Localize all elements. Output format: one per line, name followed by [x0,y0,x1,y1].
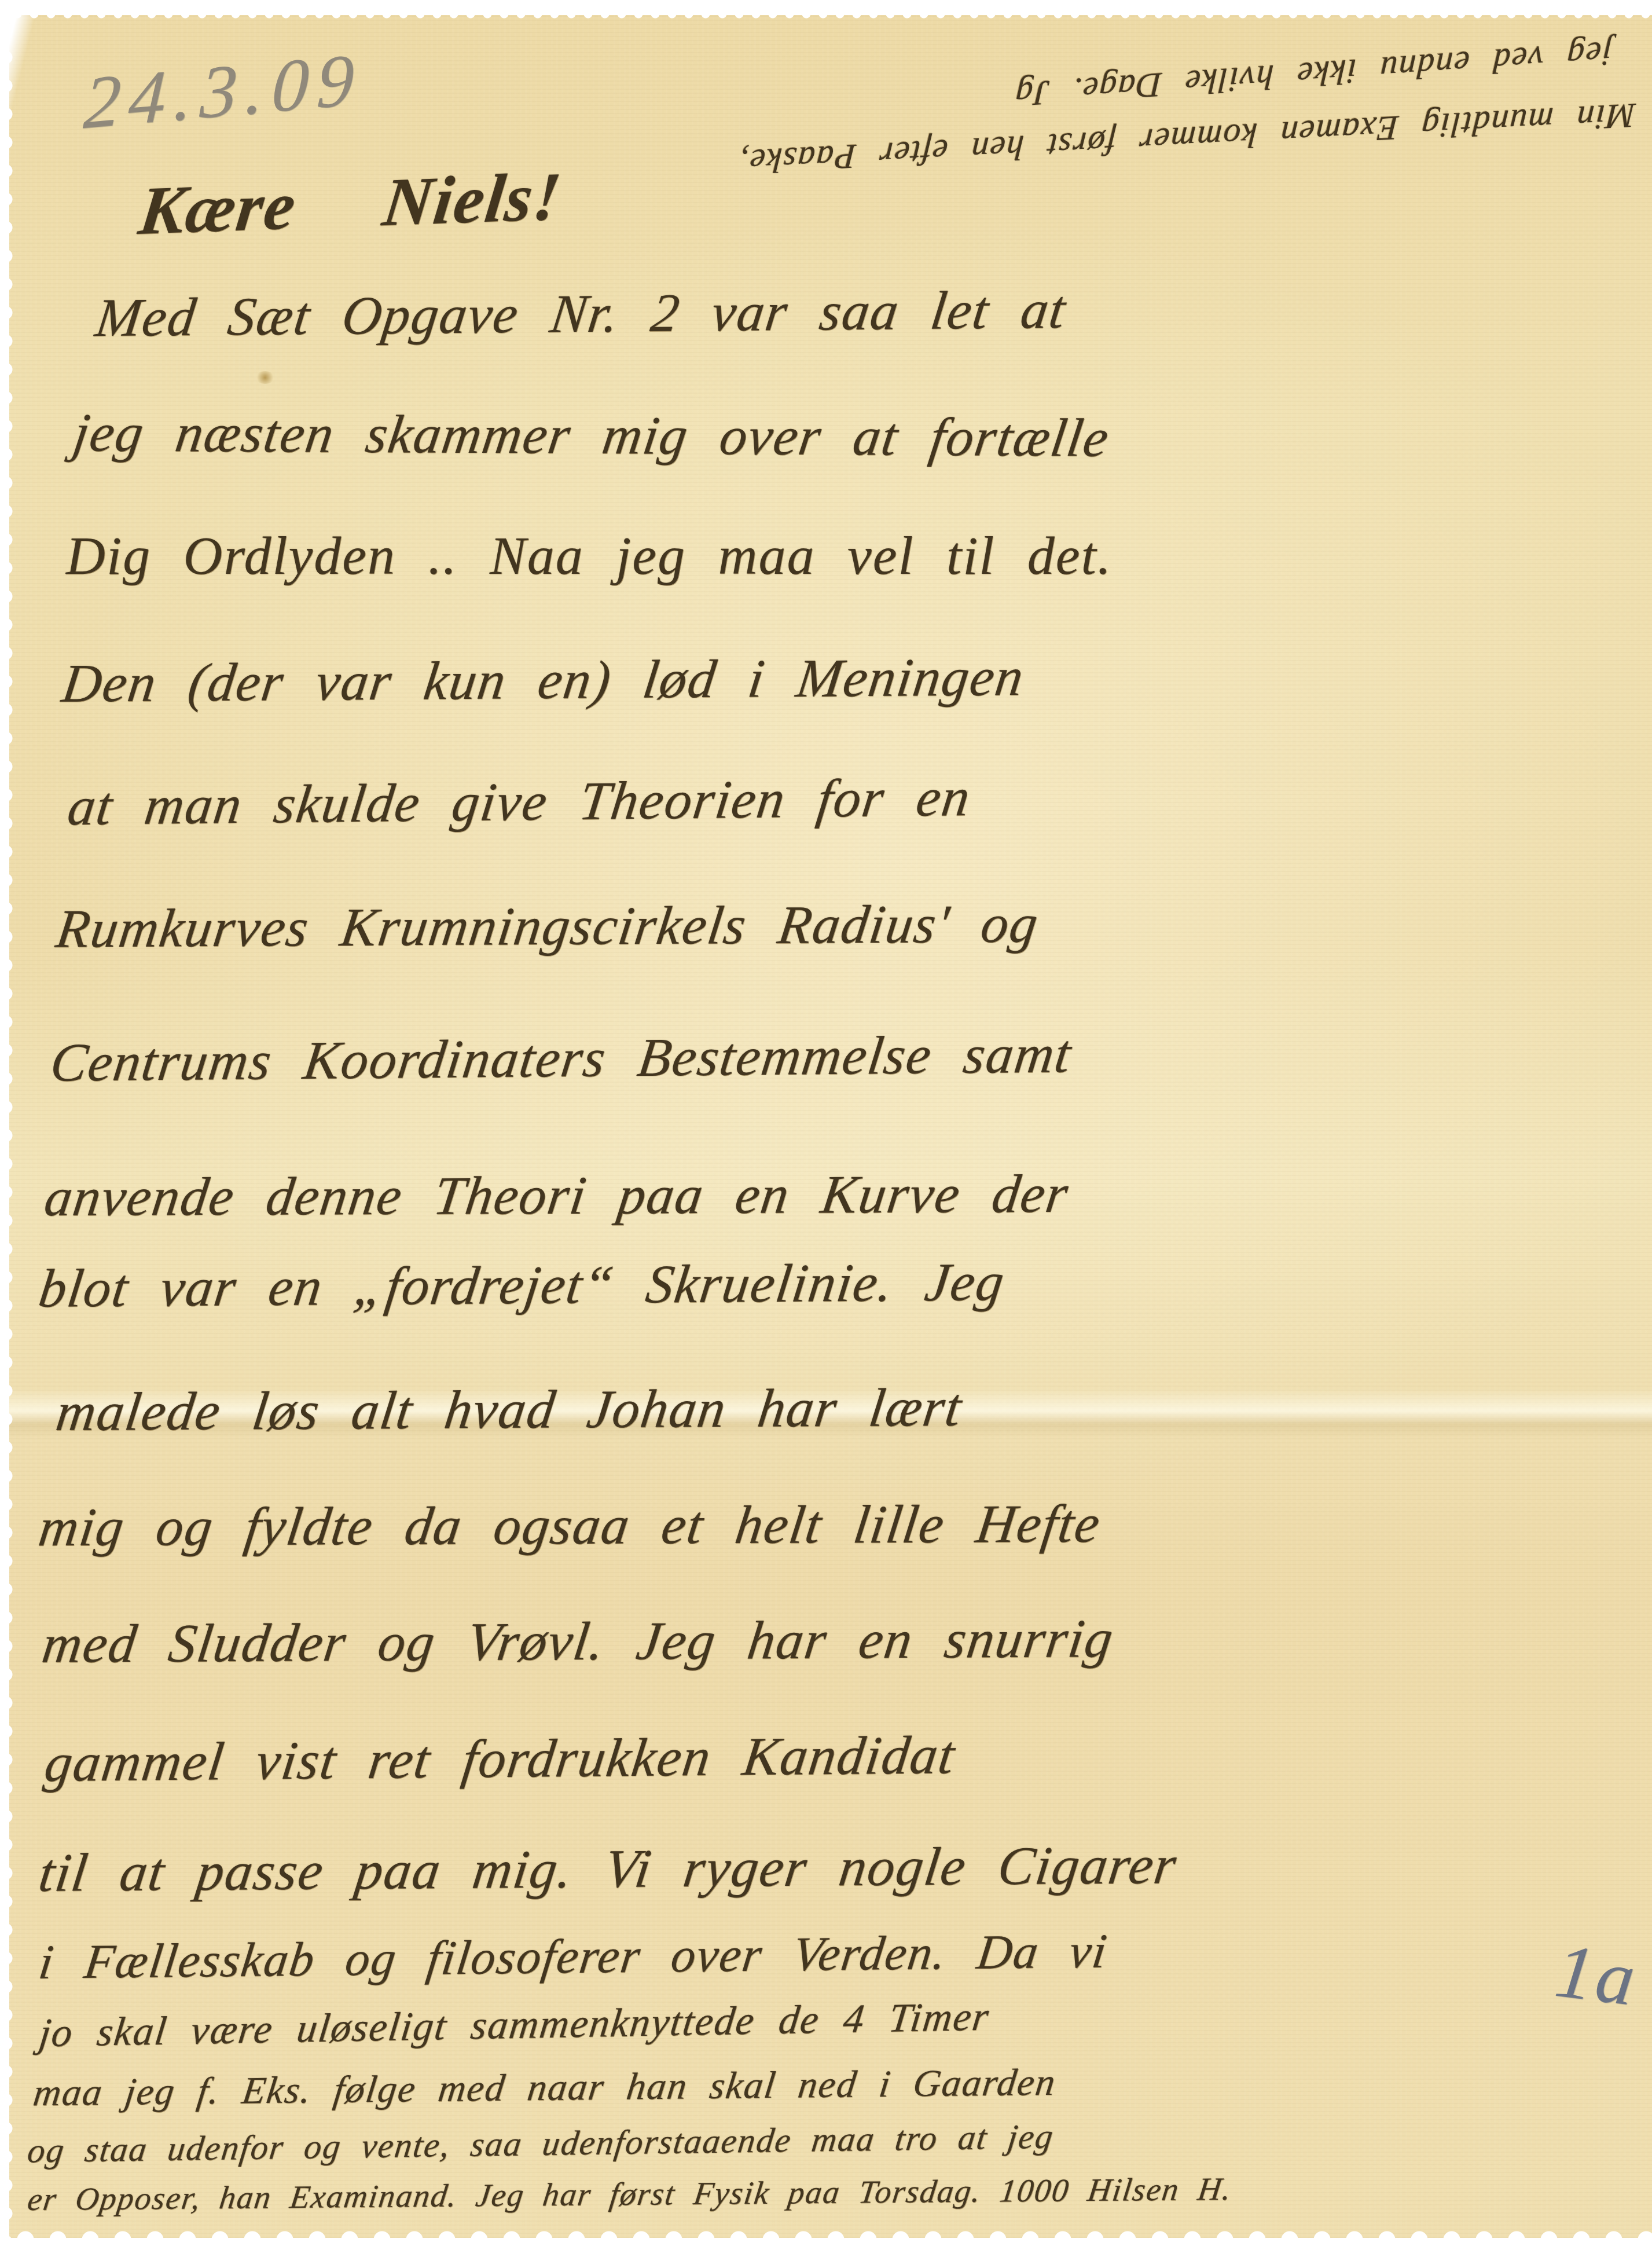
body-line: med Sludder og Vrøvl. Jeg har en snurrig [39,1607,1118,1676]
body-line: Centrums Koordinaters Bestemmelse samt [47,1023,1075,1094]
paper-stain [255,371,275,384]
body-line: Dig Ordlyden .. Naa jeg maa vel til det. [66,525,1112,587]
body-line: jo skal være uløseligt sammenknyttede de… [36,1994,992,2057]
scanned-letter: Min mundtlig Examen kommer først hen eft… [0,0,1652,2261]
perforated-edge-left [6,15,21,2238]
body-line: og staa udenfor og vente, saa udenforsta… [25,2117,1056,2171]
body-line: Rumkurves Krumningscirkels Radius' og [53,893,1042,961]
margin-note-line: Min mundtlig Examen kommer først hen eft… [737,95,1636,182]
perforated-edge-top [9,14,1652,23]
body-line: gammel vist ret fordrukken Kandidat [41,1724,959,1794]
body-line: Den (der var kun en) lød i Meningen [58,646,1028,715]
body-line: i Fællesskab og filosoferer over Verden.… [36,1923,1111,1990]
body-line: jeg næsten skammer mig over at fortælle [69,401,1114,469]
letter-page: Min mundtlig Examen kommer først hen eft… [9,15,1652,2238]
body-line: til at passe paa mig. Vi ryger nogle Cig… [35,1834,1181,1904]
body-line: at man skulde give Theorien for en [64,766,975,838]
paper-texture [9,15,1652,2238]
body-line: blot var en „fordrejet“ Skruelinie. Jeg [35,1251,1009,1320]
perforated-edge-bottom [9,2222,1652,2240]
body-line: mig og fyldte da ogsaa et helt lille Hef… [35,1493,1105,1559]
body-line: maa jeg f. Eks. følge med naar han skal … [31,2061,1059,2116]
body-line: anvende denne Theori paa en Kurve der [41,1163,1073,1229]
body-line: er Opposer, han Examinand. Jeg har først… [25,2171,1234,2218]
body-line: malede løs alt hvad Johan har lært [53,1376,967,1443]
salutation: Kære Niels! [135,157,566,251]
page-number-annotation: 1a [1551,1926,1642,2024]
body-line: Med Sæt Opgave Nr. 2 var saa let at [92,278,1070,350]
